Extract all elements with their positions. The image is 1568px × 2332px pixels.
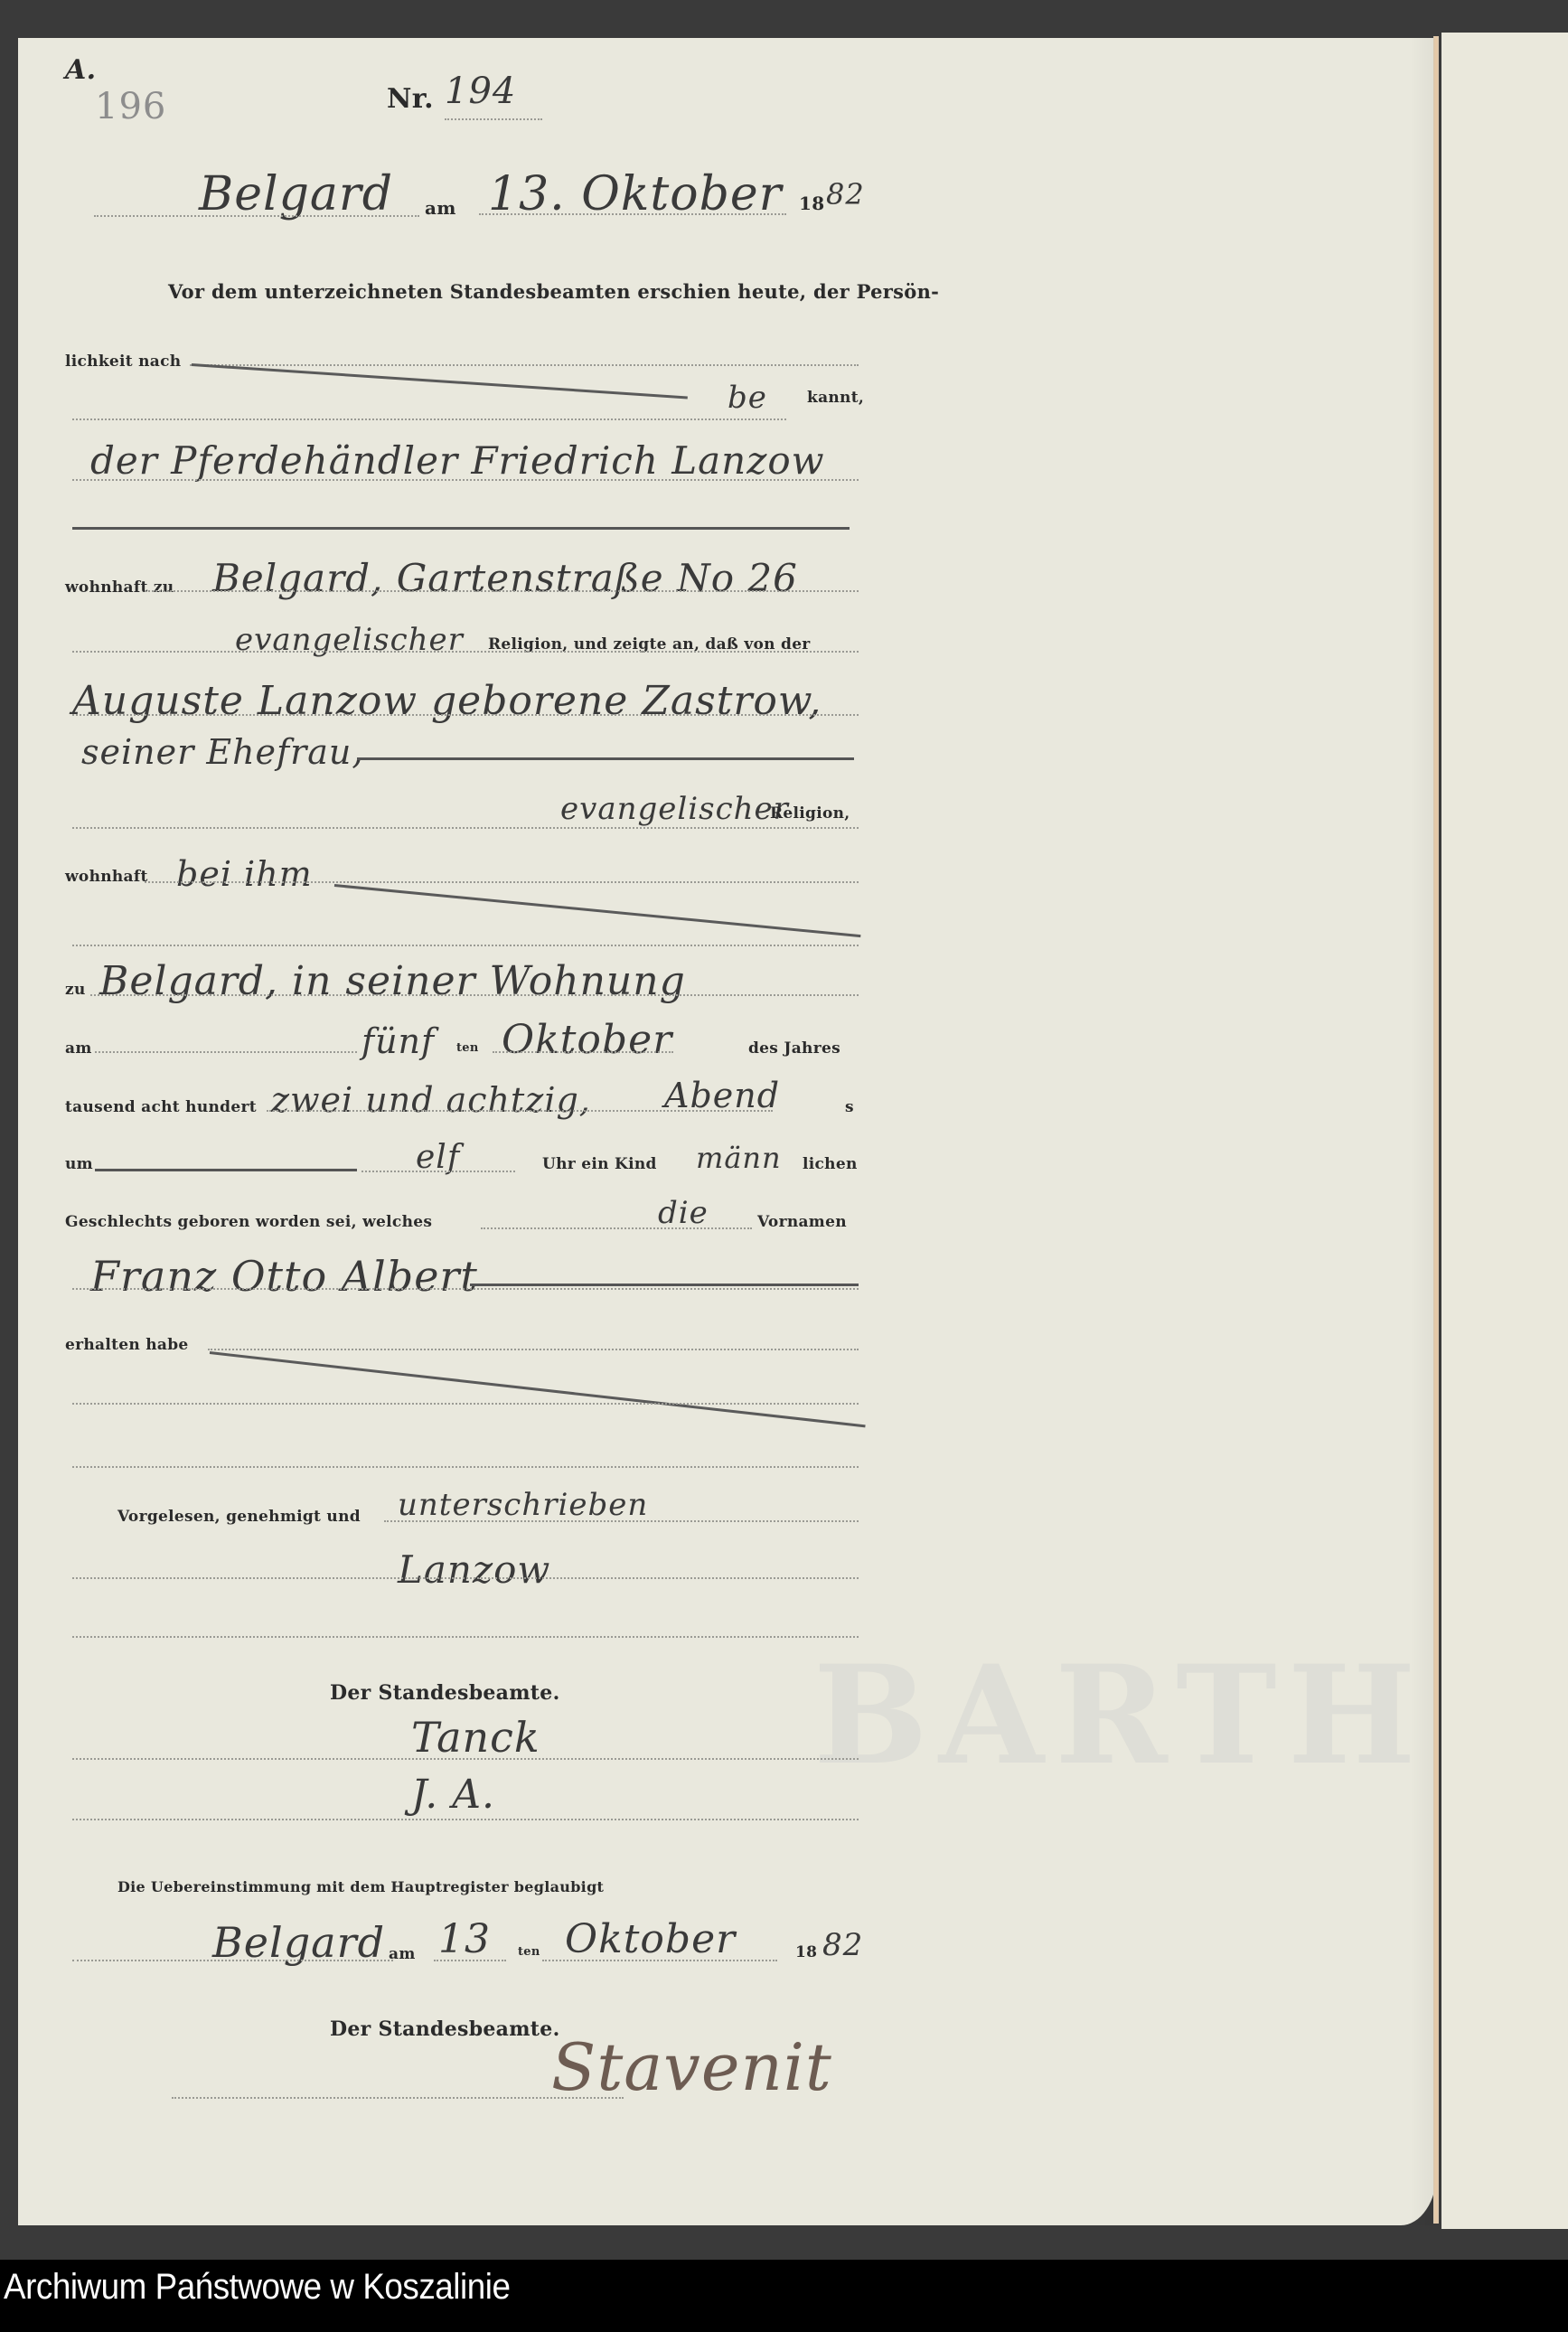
birth-year-words: zwei und achtzig, (271, 1080, 591, 1120)
registrar-signature-2: J. A. (411, 1772, 495, 1818)
religion-label: Religion, (770, 804, 850, 823)
dotline (479, 213, 786, 215)
be-hand: be (728, 380, 767, 416)
dotline (481, 1227, 752, 1229)
tausend-label: tausend acht hundert (65, 1098, 257, 1116)
dotline (361, 1171, 515, 1172)
dotline (145, 881, 859, 883)
dotline (72, 1960, 393, 1961)
dotline (72, 1466, 859, 1468)
solid-line (95, 1169, 357, 1171)
dotline (493, 1051, 673, 1053)
dotline (72, 479, 859, 481)
erhalten-label: erhalten habe (65, 1336, 189, 1354)
form-letter: A. (65, 54, 96, 86)
dotline (95, 1051, 357, 1053)
informant-religion: evangelischer (235, 622, 464, 658)
dotline (72, 1758, 859, 1760)
child-sex: männ (696, 1141, 782, 1175)
right-page (1441, 33, 1568, 2229)
dotline (172, 2097, 624, 2099)
informant-signature: Lanzow (398, 1547, 550, 1592)
dotline (434, 1960, 506, 1961)
registrar-label: Der Standesbeamte. (330, 1681, 560, 1705)
year-prefix: 18 (799, 193, 824, 214)
die-hand: die (658, 1195, 709, 1231)
cert-year-prefix: 18 (795, 1943, 817, 1961)
mother-religion: evangelischer (560, 791, 789, 827)
zu-label: zu (65, 981, 86, 999)
signed-hand: unterschrieben (398, 1487, 648, 1523)
s-suffix: s (845, 1098, 854, 1116)
cert-day: 13 (438, 1916, 491, 1962)
dotline (72, 1636, 859, 1638)
time-of-day: Abend (664, 1076, 780, 1115)
geschlechts-text: Geschlechts geboren worden sei, welches (65, 1213, 432, 1231)
mother-residence: bei ihm (176, 854, 313, 894)
pencil-page-number: 196 (95, 86, 166, 127)
informant-address: Belgard, Gartenstraße No 26 (212, 556, 798, 600)
dotline (72, 945, 859, 946)
dotline (90, 994, 859, 996)
am-label: am (425, 197, 456, 219)
dotline (72, 418, 786, 420)
book-gutter (1433, 36, 1439, 2224)
solid-line (357, 757, 854, 760)
lichen-suffix: lichen (803, 1155, 858, 1173)
solid-line (470, 1284, 859, 1286)
informant-name: der Pferdehändler Friedrich Lanzow (90, 438, 825, 483)
vorgelesen-text: Vorgelesen, genehmigt und (117, 1508, 361, 1526)
dotline (72, 1577, 859, 1579)
year-suffix: 82 (826, 177, 865, 212)
child-names: Franz Otto Albert (90, 1252, 478, 1301)
number-label: Nr. (387, 83, 434, 115)
dotline (72, 1819, 859, 1820)
cert-month: Oktober (565, 1916, 736, 1962)
certification-text: Die Uebereinstimmung mit dem Hauptregist… (117, 1878, 604, 1895)
place: Belgard (199, 167, 393, 221)
relation: seiner Ehefrau, (81, 732, 364, 772)
dotline (72, 714, 859, 716)
kannt-label: kannt, (807, 389, 864, 407)
am-label: am (65, 1039, 92, 1058)
gutter-shadow (1410, 38, 1433, 2225)
dotline (542, 1960, 777, 1961)
dotline (94, 215, 419, 217)
uhr-kind-text: Uhr ein Kind (542, 1155, 657, 1173)
um-label: um (65, 1155, 93, 1173)
number-line (445, 118, 542, 120)
dotline (72, 1288, 859, 1290)
vornamen-label: Vornamen (757, 1213, 847, 1231)
cert-year-suffix: 82 (822, 1927, 863, 1963)
solid-line (72, 527, 850, 530)
dotline (208, 1349, 859, 1350)
dotline (384, 1520, 859, 1522)
wohnhaft-zu-label: wohnhaft zu (65, 578, 174, 597)
mother-name: Auguste Lanzow geborene Zastrow, (72, 678, 822, 724)
archive-footer: Archiwum Państwowe w Koszalinie (0, 2260, 1568, 2332)
cert-ten: ten (518, 1945, 540, 1959)
registrar-label-2: Der Standesbeamte. (330, 2017, 560, 2041)
lichkeit-label: lichkeit nach (65, 353, 181, 371)
final-signature: Stavenit (551, 2029, 832, 2105)
ten-suffix: ten (456, 1041, 479, 1055)
birth-day: fünf (361, 1021, 435, 1061)
birth-place: Belgard, in seiner Wohnung (99, 958, 686, 1004)
dotline (145, 590, 859, 592)
intro-text: Vor dem unterzeichneten Standesbeamten e… (168, 280, 939, 303)
registrar-signature: Tanck (411, 1713, 540, 1762)
watermark: BARTH (813, 1636, 1427, 1795)
dotline (72, 651, 859, 653)
archive-name: Archiwum Państwowe w Koszalinie (4, 2267, 510, 2308)
dotline (72, 1403, 859, 1405)
des-jahres-label: des Jahres (748, 1039, 840, 1058)
birth-month: Oktober (502, 1017, 672, 1063)
wohnhaft-label: wohnhaft (65, 868, 148, 886)
dotline (190, 364, 859, 366)
dotline (72, 827, 859, 829)
record-number: 194 (445, 71, 516, 112)
